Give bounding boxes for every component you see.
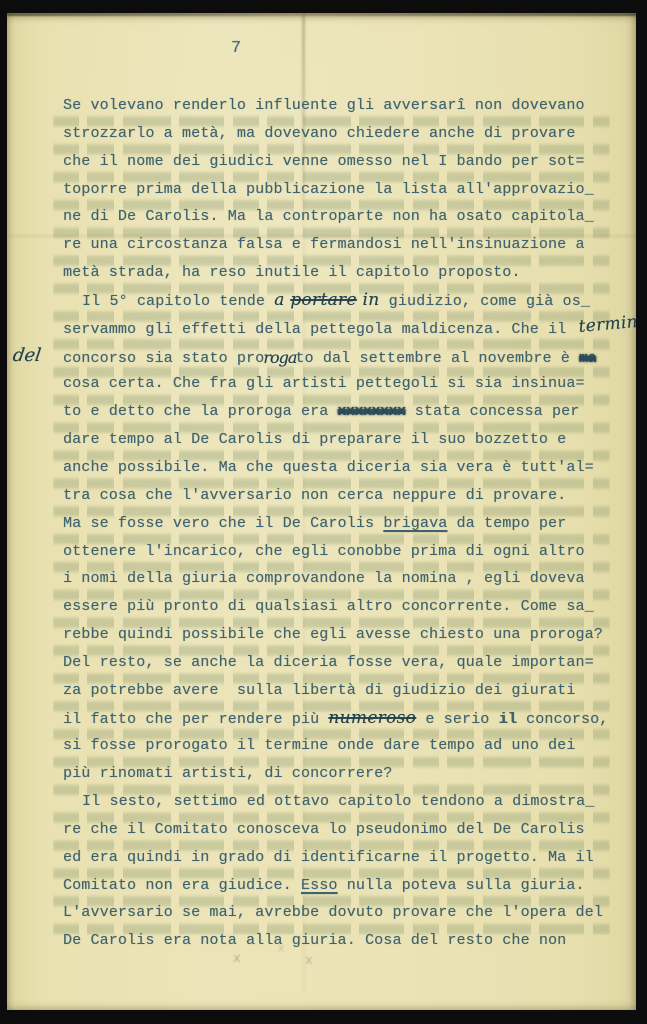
typed-text: Se volevano renderlo influente gli avver… (63, 97, 585, 114)
typed-line: metà strada, ha reso inutile il capitolo… (63, 259, 623, 287)
typed-line: tra cosa che l'avversario non cerca nepp… (63, 482, 623, 510)
struck-out-text: ma (579, 350, 596, 367)
typed-line: strozzarlo a metà, ma dovevano chiedere … (63, 120, 623, 148)
bottom-x-mark: x (277, 941, 285, 956)
scanned-typewritten-page: 7 Se volevano renderlo influente gli avv… (0, 0, 647, 1024)
typed-line: Il sesto, settimo ed ottavo capitolo ten… (63, 788, 623, 816)
underlined-text: brigava (383, 515, 447, 532)
typed-line: i nomi della giuria comprovandone la nom… (63, 565, 623, 593)
typed-line: più rinomati artisti, di concorrere? (63, 760, 623, 788)
paper-sheet: 7 Se volevano renderlo influente gli avv… (7, 13, 636, 1010)
typed-line: rebbe quindi possibile che egli avesse c… (63, 621, 623, 649)
handwritten-text: termine (578, 308, 636, 342)
typed-text: dare tempo al De Carolis di preparare il… (63, 431, 566, 448)
typed-text: metà strada, ha reso inutile il capitolo… (63, 264, 521, 281)
typed-text: cosa certa. Che fra gli artisti pettegol… (63, 375, 585, 392)
handwritten-text: numeroso (328, 708, 416, 728)
typed-text: ottenere l'incarico, che egli conobbe pr… (63, 543, 585, 560)
typed-text: Ma se fosse vero che il De Carolis (63, 515, 383, 532)
typed-line: anche possibile. Ma che questa diceria s… (63, 454, 623, 482)
typed-text: concorso sia stato pro (63, 350, 264, 367)
typed-line: Se volevano renderlo influente gli avver… (63, 92, 623, 120)
typed-text: nulla poteva sulla giuria. (338, 877, 585, 894)
typed-text: De Carolis era nota alla giuria. Cosa de… (63, 932, 566, 949)
typed-text: giudizio, come già os_ (380, 293, 590, 310)
bottom-x-mark: x (233, 951, 241, 966)
typed-text: il fatto che per rendere più (63, 711, 328, 728)
typed-text: da tempo per (447, 515, 566, 532)
typed-line: concorso sia stato prorogato dal settemb… (63, 343, 623, 371)
typed-line: si fosse prorogato il termine onde dare … (63, 732, 623, 760)
paper-top-edge (7, 13, 636, 16)
handwritten-text: roga (263, 348, 296, 367)
typed-text: Il sesto, settimo ed ottavo capitolo ten… (82, 793, 594, 810)
typed-text: re una circostanza falsa e fermandosi ne… (63, 236, 585, 253)
typed-text: Del resto, se anche la diceria fosse ver… (63, 654, 594, 671)
typed-line: toporre prima della pubblicazione la lis… (63, 176, 623, 204)
typed-line: dare tempo al De Carolis di preparare il… (63, 426, 623, 454)
handwritten-text: a (274, 290, 290, 310)
typed-text: i nomi della giuria comprovandone la nom… (63, 570, 585, 587)
typed-line: essere più pronto di qualsiasi altro con… (63, 593, 623, 621)
margin-annotation: del (12, 345, 43, 366)
typed-text: concorso, (517, 711, 609, 728)
typed-line: Ma se fosse vero che il De Carolis briga… (63, 510, 623, 538)
typed-line: Del resto, se anche la diceria fosse ver… (63, 649, 623, 677)
typed-line: L'avversario se mai, avrebbe dovuto prov… (63, 899, 623, 927)
typed-text: L'avversario se mai, avrebbe dovuto prov… (63, 904, 603, 921)
typed-line: re che il Comitato conosceva lo pseudoni… (63, 816, 623, 844)
struck-out-text: il (499, 711, 517, 728)
typed-text: che il nome dei giudici venne omesso nel… (63, 153, 585, 170)
underlined-text: Esso (301, 877, 338, 894)
struck-out-text: xxxxxxxx (338, 403, 406, 420)
typed-text: Comitato non era giudice. (63, 877, 301, 894)
typed-text: rebbe quindi possibile che egli avesse c… (63, 626, 603, 643)
typed-text: anche possibile. Ma che questa diceria s… (63, 459, 594, 476)
handwritten-text: in (357, 290, 380, 310)
typed-text: servammo gli effetti della pettegola mal… (63, 321, 575, 338)
typed-line: to e detto che la proroga era xxxxxxxx s… (63, 398, 623, 426)
typed-text: essere più pronto di qualsiasi altro con… (63, 598, 594, 615)
typed-line: ed era quindi in grado di identificarne … (63, 844, 623, 872)
typed-text: si fosse prorogato il termine onde dare … (63, 737, 575, 754)
typed-text: re che il Comitato conosceva lo pseudoni… (63, 821, 585, 838)
typed-text: stata concessa per (406, 403, 580, 420)
typed-line: cosa certa. Che fra gli artisti pettegol… (63, 370, 623, 398)
typed-line: ne di De Carolis. Ma la controparte non … (63, 203, 623, 231)
typed-line: ottenere l'incarico, che egli conobbe pr… (63, 538, 623, 566)
typed-line: Il 5° capitolo tende a portare in giudiz… (63, 287, 623, 315)
typed-lines: Se volevano renderlo influente gli avver… (63, 92, 623, 955)
bottom-x-mark: x (305, 953, 313, 968)
typed-text: strozzarlo a metà, ma dovevano chiedere … (63, 125, 575, 142)
typed-text: e serio (416, 711, 498, 728)
typed-text: tra cosa che l'avversario non cerca nepp… (63, 487, 566, 504)
typed-line: Comitato non era giudice. Esso nulla pot… (63, 872, 623, 900)
handwritten-text: portare (290, 290, 357, 310)
typed-line: il fatto che per rendere più numeroso e … (63, 705, 623, 733)
typed-text: ne di De Carolis. Ma la controparte non … (63, 208, 594, 225)
typed-text: za potrebbe avere sulla libertà di giudi… (63, 682, 575, 699)
typed-text: to e detto che la proroga era (63, 403, 338, 420)
typed-text: Il 5° capitolo tende (82, 293, 274, 310)
typed-line: che il nome dei giudici venne omesso nel… (63, 148, 623, 176)
typed-text: toporre prima della pubblicazione la lis… (63, 181, 594, 198)
typed-text: ed era quindi in grado di identificarne … (63, 849, 594, 866)
page-number: 7 (231, 39, 241, 58)
typed-line: servammo gli effetti della pettegola mal… (63, 315, 623, 343)
typed-line: re una circostanza falsa e fermandosi ne… (63, 231, 623, 259)
typed-line: De Carolis era nota alla giuria. Cosa de… (63, 927, 623, 955)
typed-text: più rinomati artisti, di concorrere? (63, 765, 392, 782)
typed-text: to dal settembre al novembre è (295, 350, 579, 367)
typed-line: za potrebbe avere sulla libertà di giudi… (63, 677, 623, 705)
